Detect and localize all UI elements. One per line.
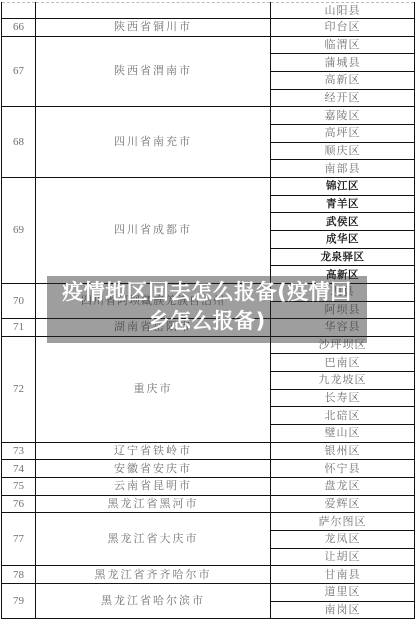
row-number: 71 — [2, 319, 36, 337]
district-name: 璧山区 — [271, 425, 415, 443]
district-name: 龙凤区 — [271, 531, 415, 549]
row-number: 69 — [2, 177, 36, 283]
city-name: 四川省南充市 — [36, 107, 271, 178]
district-name: 九龙坡区 — [271, 372, 415, 390]
row-number: 78 — [2, 566, 36, 584]
document-page: 山阳县 66 陕西省铜川市 印台区 67 陕西省渭南市 临渭区 蒲城县 高新区 … — [0, 0, 418, 620]
city-name: 重庆市 — [36, 336, 271, 442]
city-name: 黑龙江省大庆市 — [36, 513, 271, 566]
city-name: 安徽省安庆市 — [36, 460, 271, 478]
district-name: 锦江区 — [271, 177, 415, 195]
district-name: 长寿区 — [271, 389, 415, 407]
table-row: 69 四川省成都市 锦江区 — [2, 177, 415, 195]
overlay-title-line-2: 乡怎么报备) — [47, 307, 367, 336]
row-number: 70 — [2, 283, 36, 318]
row-number: 74 — [2, 460, 36, 478]
row-number: 79 — [2, 584, 36, 619]
district-name: 经开区 — [271, 89, 415, 107]
district-name: 道里区 — [271, 584, 415, 602]
city-name: 辽宁省铁岭市 — [36, 442, 271, 460]
district-name: 怀宁县 — [271, 460, 415, 478]
district-name: 北碚区 — [271, 407, 415, 425]
table-row: 76 黑龙江省黑河市 爱辉区 — [2, 495, 415, 513]
district-name: 蒲城县 — [271, 54, 415, 72]
table-row: 74 安徽省安庆市 怀宁县 — [2, 460, 415, 478]
district-name: 山阳县 — [271, 3, 415, 19]
district-name: 高坪区 — [271, 124, 415, 142]
title-overlay-banner: 疫情地区回去怎么报备(疫情回 乡怎么报备) — [47, 276, 367, 343]
city-name: 云南省昆明市 — [36, 478, 271, 496]
district-name: 印台区 — [271, 19, 415, 37]
overlay-title-line-1: 疫情地区回去怎么报备(疫情回 — [47, 278, 367, 307]
district-name: 巴南区 — [271, 354, 415, 372]
row-number: 75 — [2, 478, 36, 496]
district-name: 成华区 — [271, 230, 415, 248]
district-name: 高新区 — [271, 71, 415, 89]
district-name: 嘉陵区 — [271, 107, 415, 125]
table-row: 68 四川省南充市 嘉陵区 — [2, 107, 415, 125]
district-name: 青羊区 — [271, 195, 415, 213]
row-number: 76 — [2, 495, 36, 513]
district-name: 龙泉驿区 — [271, 248, 415, 266]
city-name: 陕西省渭南市 — [36, 36, 271, 107]
district-name: 南部县 — [271, 160, 415, 178]
table-row: 77 黑龙江省大庆市 萨尔图区 — [2, 513, 415, 531]
district-name: 甘南县 — [271, 566, 415, 584]
city-name: 黑龙江省哈尔滨市 — [36, 584, 271, 619]
table-row: 73 辽宁省铁岭市 银州区 — [2, 442, 415, 460]
table-row: 67 陕西省渭南市 临渭区 — [2, 36, 415, 54]
district-name: 让胡区 — [271, 548, 415, 566]
city-name: 四川省成都市 — [36, 177, 271, 283]
city-name: 黑龙江省黑河市 — [36, 495, 271, 513]
table-row: 66 陕西省铜川市 印台区 — [2, 19, 415, 37]
city-name: 陕西省铜川市 — [36, 19, 271, 37]
row-number — [2, 3, 36, 19]
table-row: 山阳县 — [2, 3, 415, 19]
city-name: 黑龙江省齐齐哈尔市 — [36, 566, 271, 584]
district-name: 盘龙区 — [271, 478, 415, 496]
table-row: 75 云南省昆明市 盘龙区 — [2, 478, 415, 496]
district-name: 武侯区 — [271, 213, 415, 231]
table-row: 79 黑龙江省哈尔滨市 道里区 — [2, 584, 415, 602]
row-number: 72 — [2, 336, 36, 442]
city-name — [36, 3, 271, 19]
district-name: 萨尔图区 — [271, 513, 415, 531]
district-name: 临渭区 — [271, 36, 415, 54]
table-row: 78 黑龙江省齐齐哈尔市 甘南县 — [2, 566, 415, 584]
row-number: 68 — [2, 107, 36, 178]
row-number: 66 — [2, 19, 36, 37]
district-name: 顺庆区 — [271, 142, 415, 160]
district-name: 爱辉区 — [271, 495, 415, 513]
row-number: 73 — [2, 442, 36, 460]
district-name: 南岗区 — [271, 601, 415, 619]
district-name: 银州区 — [271, 442, 415, 460]
row-number: 77 — [2, 513, 36, 566]
row-number: 67 — [2, 36, 36, 107]
